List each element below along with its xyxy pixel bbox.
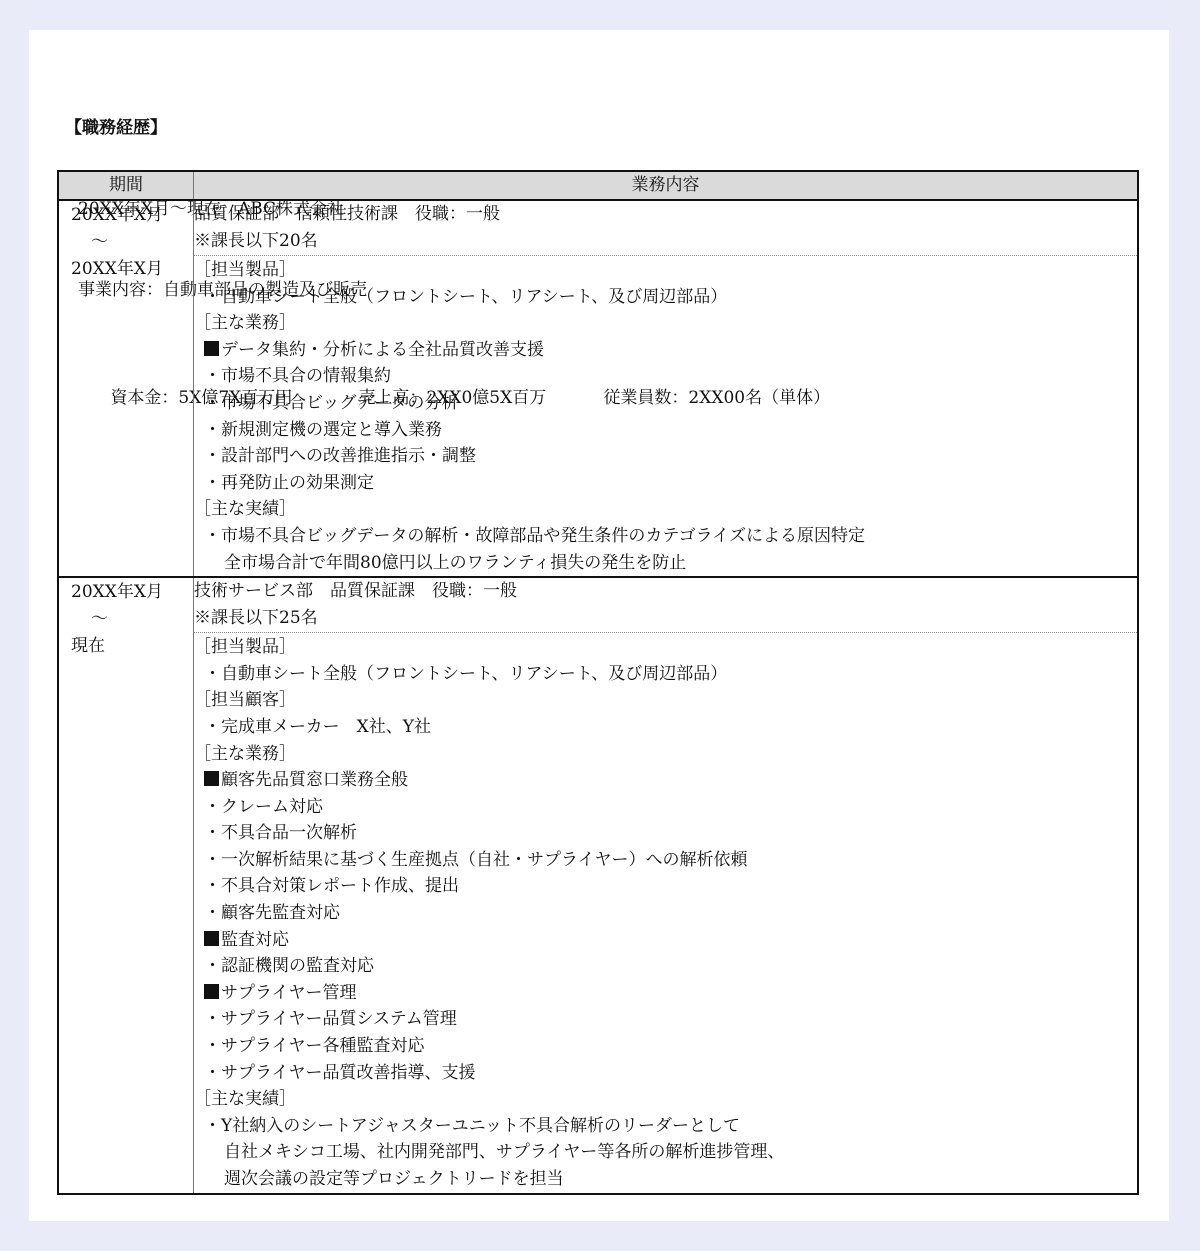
list-item: ・顧客先監査対応 bbox=[194, 900, 1137, 927]
list-item: ・再発防止の効果測定 bbox=[194, 470, 1137, 497]
section-label: ［担当製品］ bbox=[194, 634, 1137, 661]
section-label: ［主な実績］ bbox=[194, 1086, 1137, 1113]
list-item: ・自動車シート全般（フロントシート、リアシート、及び周辺部品） bbox=[194, 284, 1137, 311]
position-title: 技術サービス部 品質保証課 役職：一般 bbox=[194, 578, 1137, 605]
line-text: ・顧客先監査対応 bbox=[204, 903, 340, 923]
line-text: 全市場合計で年間80億円以上のワランティ損失の発生を防止 bbox=[224, 553, 686, 573]
content-cell: 品質保証部 信頼性技術課 役職：一般※課長以下20名［担当製品］・自動車シート全… bbox=[194, 200, 1139, 577]
section-label: ［担当製品］ bbox=[194, 257, 1137, 284]
line-text: ・市場不具合ビッグデータの解析・故障部品や発生条件のカテゴライズによる原因特定 bbox=[204, 526, 865, 546]
list-item: ・市場不具合ビッグデータの解析・故障部品や発生条件のカテゴライズによる原因特定 bbox=[194, 523, 1137, 550]
table-header-row: 期間 業務内容 bbox=[58, 171, 1138, 200]
line-text: 自社メキシコ工場、社内開発部門、サプライヤー等各所の解析進捗管理、 bbox=[224, 1142, 784, 1162]
list-item: ・市場不具合の情報集約 bbox=[194, 363, 1137, 390]
period-start: 20XX年X月 bbox=[71, 202, 193, 229]
line-text: ・サプライヤー品質システム管理 bbox=[204, 1009, 457, 1029]
list-item: ・クレーム対応 bbox=[194, 794, 1137, 821]
duty-category: データ集約・分析による全社品質改善支援 bbox=[194, 337, 1137, 364]
list-item: ・市場不具合ビッグデータの分析 bbox=[194, 390, 1137, 417]
list-item: ・不具合対策レポート作成、提出 bbox=[194, 873, 1137, 900]
section-label: ［主な業務］ bbox=[194, 741, 1137, 768]
line-text: ［担当顧客］ bbox=[194, 690, 296, 710]
period-separator: ～ bbox=[71, 229, 193, 256]
line-text: ・サプライヤー各種監査対応 bbox=[204, 1036, 425, 1056]
line-text: データ集約・分析による全社品質改善支援 bbox=[221, 340, 544, 360]
position-block: 技術サービス部 品質保証課 役職：一般※課長以下25名 bbox=[194, 578, 1137, 633]
job-rows: 20XX年X月～20XX年X月品質保証部 信頼性技術課 役職：一般※課長以下20… bbox=[58, 200, 1138, 1194]
line-text: ・設計部門への改善推進指示・調整 bbox=[204, 446, 476, 466]
line-text: ・再発防止の効果測定 bbox=[204, 473, 374, 493]
duty-category: 監査対応 bbox=[194, 927, 1137, 954]
list-item: 週次会議の設定等プロジェクトリードを担当 bbox=[194, 1166, 1137, 1193]
black-square-icon bbox=[204, 931, 219, 946]
list-item: ・完成車メーカー X社、Y社 bbox=[194, 714, 1137, 741]
line-text: ［主な業務］ bbox=[194, 744, 296, 764]
line-text: 週次会議の設定等プロジェクトリードを担当 bbox=[224, 1169, 564, 1189]
period-start: 20XX年X月 bbox=[71, 579, 193, 606]
line-text: ・Y社納入のシートアジャスターユニット不具合解析のリーダーとして bbox=[204, 1116, 740, 1136]
position-title: 品質保証部 信頼性技術課 役職：一般 bbox=[194, 201, 1137, 228]
list-item: ・新規測定機の選定と導入業務 bbox=[194, 417, 1137, 444]
black-square-icon bbox=[204, 771, 219, 786]
duty-category: サプライヤー管理 bbox=[194, 980, 1137, 1007]
line-text: サプライヤー管理 bbox=[221, 983, 357, 1003]
period-cell: 20XX年X月～20XX年X月 bbox=[58, 200, 194, 577]
line-text: ・不具合対策レポート作成、提出 bbox=[204, 876, 459, 896]
line-text: ・認証機関の監査対応 bbox=[204, 956, 374, 976]
header-period: 期間 bbox=[58, 171, 194, 200]
career-table: 期間 業務内容 20XX年X月～20XX年X月品質保証部 信頼性技術課 役職：一… bbox=[57, 170, 1139, 1195]
line-text: ・完成車メーカー X社、Y社 bbox=[204, 717, 431, 737]
line-text: ・市場不具合ビッグデータの分析 bbox=[204, 393, 458, 413]
line-text: ［主な実績］ bbox=[194, 1089, 296, 1109]
document-card: 【職務経歴】 20XX年X月～現在 ABC株式会社 事業内容：自動車部品の製造及… bbox=[29, 30, 1169, 1221]
job-row: 20XX年X月～20XX年X月品質保証部 信頼性技術課 役職：一般※課長以下20… bbox=[58, 200, 1138, 577]
line-text: ・市場不具合の情報集約 bbox=[204, 366, 391, 386]
line-text: 監査対応 bbox=[221, 930, 289, 950]
list-item: ・認証機関の監査対応 bbox=[194, 953, 1137, 980]
list-item: ・サプライヤー品質システム管理 bbox=[194, 1006, 1137, 1033]
black-square-icon bbox=[204, 984, 219, 999]
list-item: ・Y社納入のシートアジャスターユニット不具合解析のリーダーとして bbox=[194, 1113, 1137, 1140]
line-text: ［担当製品］ bbox=[194, 260, 296, 280]
list-item: ・サプライヤー品質改善指導、支援 bbox=[194, 1060, 1137, 1087]
section-label: ［主な実績］ bbox=[194, 496, 1137, 523]
list-item: 自社メキシコ工場、社内開発部門、サプライヤー等各所の解析進捗管理、 bbox=[194, 1139, 1137, 1166]
list-item: ・不具合品一次解析 bbox=[194, 820, 1137, 847]
black-square-icon bbox=[204, 341, 219, 356]
content-cell: 技術サービス部 品質保証課 役職：一般※課長以下25名［担当製品］・自動車シート… bbox=[194, 577, 1139, 1193]
list-item: 全市場合計で年間80億円以上のワランティ損失の発生を防止 bbox=[194, 550, 1137, 577]
duties-block: ［担当製品］・自動車シート全般（フロントシート、リアシート、及び周辺部品）［主な… bbox=[194, 256, 1137, 576]
line-text: ・一次解析結果に基づく生産拠点（自社・サプライヤー）への解析依頼 bbox=[204, 850, 748, 870]
duty-category: 顧客先品質窓口業務全般 bbox=[194, 767, 1137, 794]
team-size: ※課長以下20名 bbox=[194, 228, 1137, 255]
line-text: ［主な実績］ bbox=[194, 499, 296, 519]
job-row: 20XX年X月～現在技術サービス部 品質保証課 役職：一般※課長以下25名［担当… bbox=[58, 577, 1138, 1193]
team-size: ※課長以下25名 bbox=[194, 605, 1137, 632]
section-label: ［主な業務］ bbox=[194, 310, 1137, 337]
period-end: 20XX年X月 bbox=[71, 256, 193, 283]
line-text: ・不具合品一次解析 bbox=[204, 823, 357, 843]
list-item: ・サプライヤー各種監査対応 bbox=[194, 1033, 1137, 1060]
section-heading: 【職務経歴】 bbox=[65, 115, 830, 142]
position-block: 品質保証部 信頼性技術課 役職：一般※課長以下20名 bbox=[194, 201, 1137, 256]
line-text: ・新規測定機の選定と導入業務 bbox=[204, 420, 442, 440]
line-text: ・自動車シート全般（フロントシート、リアシート、及び周辺部品） bbox=[204, 664, 727, 684]
line-text: ［担当製品］ bbox=[194, 637, 296, 657]
period-cell: 20XX年X月～現在 bbox=[58, 577, 194, 1193]
section-label: ［担当顧客］ bbox=[194, 687, 1137, 714]
line-text: ・サプライヤー品質改善指導、支援 bbox=[204, 1063, 476, 1083]
header-content: 業務内容 bbox=[194, 171, 1139, 200]
list-item: ・設計部門への改善推進指示・調整 bbox=[194, 443, 1137, 470]
duties-block: ［担当製品］・自動車シート全般（フロントシート、リアシート、及び周辺部品）［担当… bbox=[194, 633, 1137, 1192]
list-item: ・自動車シート全般（フロントシート、リアシート、及び周辺部品） bbox=[194, 661, 1137, 688]
list-item: ・一次解析結果に基づく生産拠点（自社・サプライヤー）への解析依頼 bbox=[194, 847, 1137, 874]
line-text: ・クレーム対応 bbox=[204, 797, 323, 817]
line-text: ・自動車シート全般（フロントシート、リアシート、及び周辺部品） bbox=[204, 287, 727, 307]
period-separator: ～ bbox=[71, 606, 193, 633]
period-end: 現在 bbox=[71, 633, 193, 660]
line-text: 顧客先品質窓口業務全般 bbox=[221, 770, 408, 790]
line-text: ［主な業務］ bbox=[194, 313, 296, 333]
